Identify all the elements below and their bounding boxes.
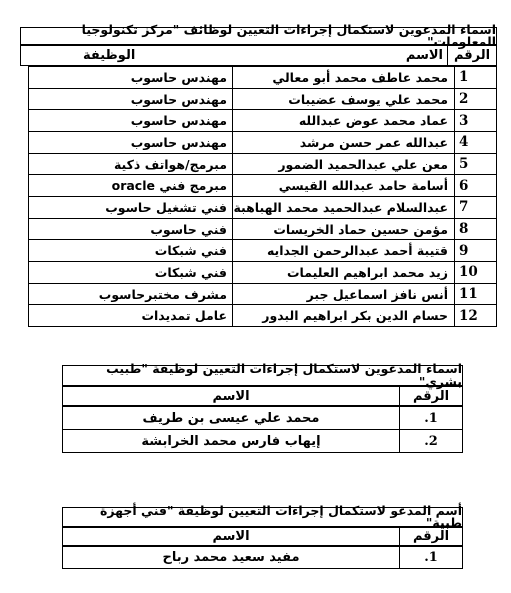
table-row: 8مؤمن حسين حماد الخريساتفني حاسوب xyxy=(29,219,496,241)
table-row: .2إيهاب فارس محمد الخرابشة xyxy=(63,430,462,452)
number-cell: 12 xyxy=(454,305,496,326)
table-header-row: الرقم الاسم الوظيفة xyxy=(20,45,497,66)
table-row: 11أنس نافز اسماعيل جبرمشرف مختبرحاسوب xyxy=(29,284,496,306)
col-header-number: الرقم xyxy=(399,387,462,405)
document-page: { "page": {"background": "#ffffff", "tex… xyxy=(0,0,511,593)
name-cell: مفيد سعيد محمد رباح xyxy=(63,547,399,568)
table-physician-job: اسماء المدعوين لاستكمال إجراءات التعيين … xyxy=(62,365,463,453)
table-row: 10زيد محمد ابراهيم العليماتفني شبكات xyxy=(29,262,496,284)
col-header-number: الرقم xyxy=(447,46,496,65)
number-cell: 1 xyxy=(454,67,496,88)
number-cell: 10 xyxy=(454,262,496,283)
name-cell: عبدالله عمر حسن مرشد xyxy=(232,132,454,153)
name-cell: أسامة حامد عبدالله القيسي xyxy=(232,175,454,196)
name-cell: محمد علي يوسف عضيبات xyxy=(232,89,454,110)
table-row: 5معن علي عبدالحميد الضمورمبرمج/هواتف ذكي… xyxy=(29,154,496,176)
position-cell: مبرمج فني oracle xyxy=(29,175,232,196)
position-cell: فني شبكات xyxy=(29,240,232,261)
number-cell: .1 xyxy=(399,547,462,568)
col-header-position: الوظيفة xyxy=(83,48,135,63)
position-cell: فني تشغيل حاسوب xyxy=(29,197,232,218)
number-cell: 4 xyxy=(454,132,496,153)
number-cell: 8 xyxy=(454,219,496,240)
name-cell: عماد محمد عوض عبدالله xyxy=(232,110,454,131)
table-row: 9قتيبة أحمد عبدالرحمن الجدايهفني شبكات xyxy=(29,240,496,262)
number-cell: 9 xyxy=(454,240,496,261)
table-row: 2محمد علي يوسف عضيباتمهندس حاسوب xyxy=(29,89,496,111)
position-cell: مبرمج/هواتف ذكية xyxy=(29,154,232,175)
table-body: .1مفيد سعيد محمد رباح xyxy=(62,546,463,569)
col-header-name: الاسم xyxy=(63,387,399,405)
table-title: اسماء المدعوين لاستكمال إجراءات التعيين … xyxy=(62,365,463,386)
position-cell: فني شبكات xyxy=(29,262,232,283)
table-row: 7عبدالسلام عبدالحميد محمد الهباهبةفني تش… xyxy=(29,197,496,219)
position-cell: مهندس حاسوب xyxy=(29,132,232,153)
col-header-name: الاسم xyxy=(63,528,399,545)
number-cell: 7 xyxy=(454,197,496,218)
table-title: اسماء المدعوين لاستكمال إجراءات التعيين … xyxy=(20,27,497,45)
table-row: 6أسامة حامد عبدالله القيسيمبرمج فني orac… xyxy=(29,175,496,197)
name-cell: محمد عاطف محمد أبو معالي xyxy=(232,67,454,88)
table-title: أسم المدعو لاستكمال إجراءات التعيين لوظي… xyxy=(62,507,463,527)
position-cell: مشرف مختبرحاسوب xyxy=(29,284,232,305)
name-cell: قتيبة أحمد عبدالرحمن الجدايه xyxy=(232,240,454,261)
table-header-row: الرقم الاسم xyxy=(62,386,463,406)
number-cell: 6 xyxy=(454,175,496,196)
position-cell: عامل تمديدات xyxy=(29,305,232,326)
name-cell: زيد محمد ابراهيم العليمات xyxy=(232,262,454,283)
number-cell: 5 xyxy=(454,154,496,175)
number-cell: .2 xyxy=(399,430,462,452)
name-cell: عبدالسلام عبدالحميد محمد الهباهبة xyxy=(232,197,454,218)
number-cell: 11 xyxy=(454,284,496,305)
name-cell: معن علي عبدالحميد الضمور xyxy=(232,154,454,175)
table-row: .1محمد علي عيسى بن طريف xyxy=(63,407,462,430)
table-row: 3عماد محمد عوض عبداللهمهندس حاسوب xyxy=(29,110,496,132)
name-cell: مؤمن حسين حماد الخريسات xyxy=(232,219,454,240)
col-header-number: الرقم xyxy=(399,528,462,545)
header-name-position-cell: الاسم الوظيفة xyxy=(21,48,447,63)
name-cell: محمد علي عيسى بن طريف xyxy=(63,407,399,429)
col-header-name: الاسم xyxy=(406,48,443,63)
name-cell: إيهاب فارس محمد الخرابشة xyxy=(63,430,399,452)
position-cell: مهندس حاسوب xyxy=(29,89,232,110)
number-cell: .1 xyxy=(399,407,462,429)
position-cell: مهندس حاسوب xyxy=(29,110,232,131)
table-it-center-jobs: اسماء المدعوين لاستكمال إجراءات التعيين … xyxy=(20,27,497,66)
table-header-row: الرقم الاسم xyxy=(62,527,463,546)
number-cell: 2 xyxy=(454,89,496,110)
name-cell: أنس نافز اسماعيل جبر xyxy=(232,284,454,305)
name-cell: حسام الدين بكر ابراهيم البدور xyxy=(232,305,454,326)
table-row: 4عبدالله عمر حسن مرشدمهندس حاسوب xyxy=(29,132,496,154)
number-cell: 3 xyxy=(454,110,496,131)
table-body: .1محمد علي عيسى بن طريف.2إيهاب فارس محمد… xyxy=(62,406,463,453)
table-medical-devices-job: أسم المدعو لاستكمال إجراءات التعيين لوظي… xyxy=(62,507,463,569)
position-cell: فني حاسوب xyxy=(29,219,232,240)
table-row: 1محمد عاطف محمد أبو معاليمهندس حاسوب xyxy=(29,67,496,89)
table-row: .1مفيد سعيد محمد رباح xyxy=(63,547,462,568)
table-body: 1محمد عاطف محمد أبو معاليمهندس حاسوب2محم… xyxy=(28,66,497,327)
table-row: 12حسام الدين بكر ابراهيم البدورعامل تمدي… xyxy=(29,305,496,326)
position-cell: مهندس حاسوب xyxy=(29,67,232,88)
